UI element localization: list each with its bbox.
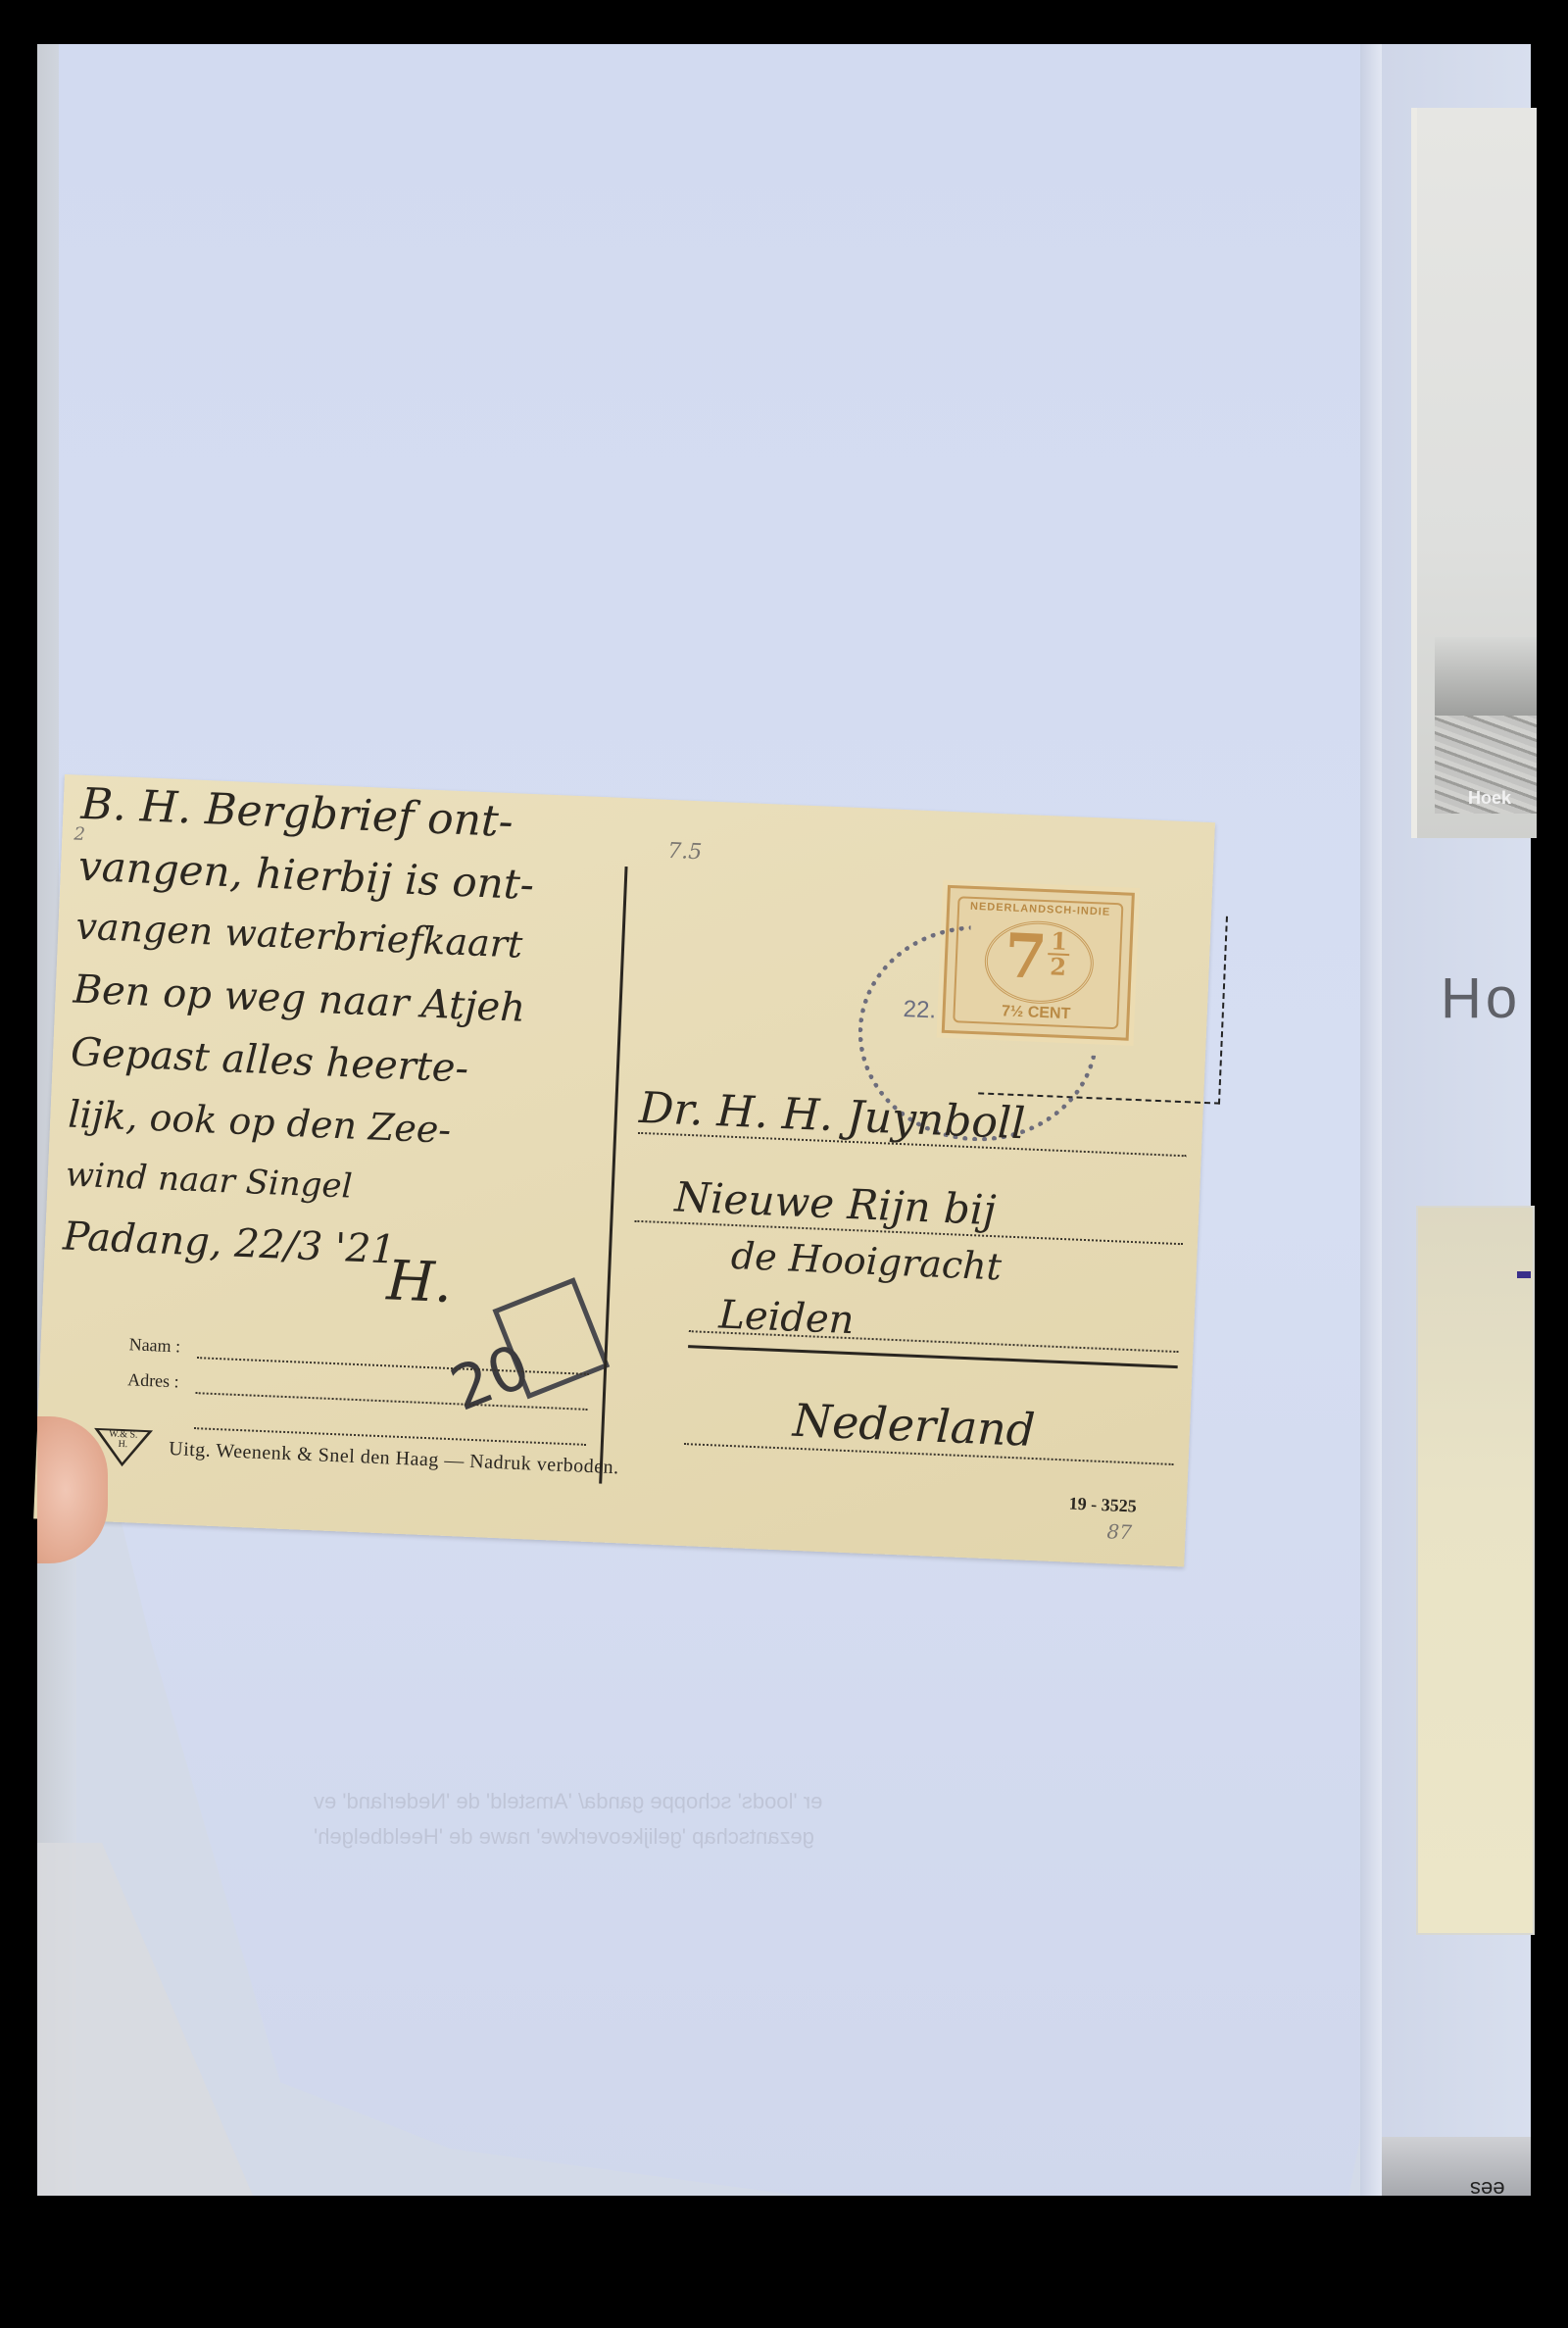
postmark-date: 22. <box>903 996 937 1024</box>
handwritten-page-label: Ho <box>1441 966 1521 1031</box>
ink-mark <box>1517 1271 1531 1278</box>
pencil-corner-note: 7.5 <box>667 839 703 865</box>
stamp-fraction: 1 2 <box>1047 929 1070 979</box>
card-number: 19 - 3525 <box>1068 1494 1137 1517</box>
bleed-line: gezantschap 'gelijkeoverkwe' nawe de 'He… <box>314 1819 1382 1855</box>
message-line: lijk, ook op den Zee- <box>68 1092 453 1151</box>
beach-photo-postcard: Hoek <box>1411 108 1537 838</box>
postage-stamp: NEDERLANDSCH-INDIE 7 1 2 7½ CENT <box>942 885 1135 1041</box>
address-label: Adres : <box>127 1369 179 1392</box>
message-line: wind naar Singel <box>65 1155 353 1206</box>
message-line: Padang, 22/3 '21 <box>62 1214 396 1272</box>
postcard: B. H. Bergbrief ont- 2 vangen, hierbij i… <box>33 774 1215 1567</box>
cover-envelope <box>1416 1206 1535 1935</box>
publisher-logo-text: W.& S. H. <box>105 1429 141 1450</box>
message-line: vangen waterbriefkaart <box>75 905 523 966</box>
signature: H. <box>385 1249 453 1315</box>
bleed-through-text: er 'loods' schoppe ganda/ 'Amsteld' de '… <box>314 1784 1382 1855</box>
message-line: vangen, hierbij is ont- <box>77 842 535 909</box>
bleed-line: er 'loods' schoppe ganda/ 'Amsteld' de '… <box>314 1784 1382 1819</box>
message-line: Ben op weg naar Atjeh <box>73 967 526 1031</box>
address-line: de Hooigracht <box>730 1234 1003 1289</box>
message-line: Gepast alles heerte- <box>70 1030 469 1092</box>
stamp-value: 7 <box>1004 919 1049 993</box>
name-label: Naam : <box>128 1334 180 1357</box>
photo-caption: Hoek <box>1468 788 1511 809</box>
address-line: Nederland <box>792 1394 1036 1457</box>
postcard-divider <box>599 867 627 1484</box>
photo-sea <box>1435 637 1537 716</box>
mount-strip <box>1382 2137 1531 2196</box>
page-edge <box>1360 44 1382 2225</box>
fraction-top: 1 <box>1048 929 1070 954</box>
fraction-bottom: 2 <box>1047 955 1069 979</box>
pencil-bottom-note: 87 <box>1106 1519 1132 1544</box>
bottom-frame <box>0 2196 1568 2328</box>
